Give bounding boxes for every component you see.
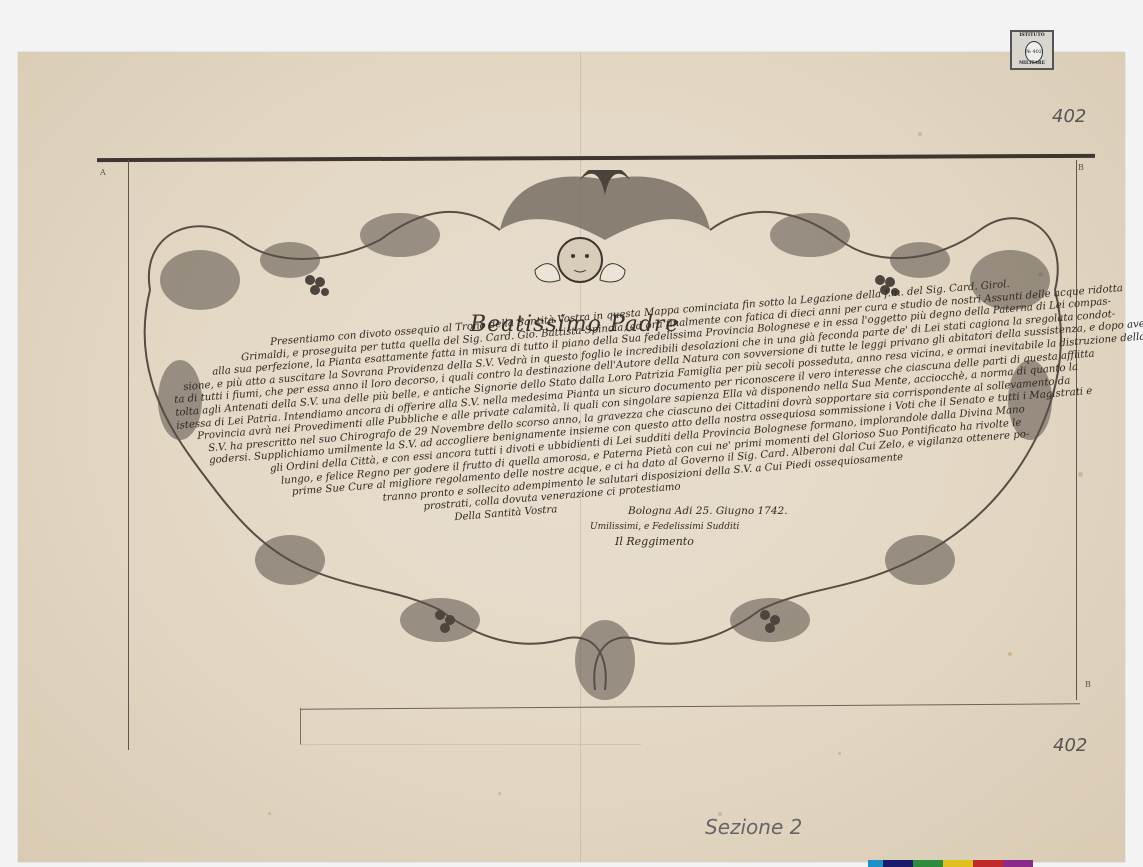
plate-border-left <box>128 160 129 750</box>
signature-line-1: Umilissimi, e Fedelissimi Sudditi <box>590 522 739 532</box>
corner-letter-a: A <box>100 168 106 177</box>
signature-line-2: Il Reggimento <box>615 535 694 548</box>
color-calibration-strip <box>943 860 973 867</box>
color-calibration-strip <box>1003 860 1033 867</box>
color-calibration-strip <box>883 860 913 867</box>
pencil-note: Sezione 2 <box>705 815 802 839</box>
place-date: Bologna Adi 25. Giugno 1742. <box>628 505 788 517</box>
color-calibration-strip <box>913 860 943 867</box>
plate-bottom-frame <box>300 708 641 745</box>
color-calibration-strip <box>973 860 1003 867</box>
corner-letter-b-top: B <box>1078 163 1084 172</box>
color-calibration-strip <box>868 860 883 867</box>
institute-stamp: ISTITUTO № 402 MILITARE <box>1010 30 1054 70</box>
catalog-number-top: 402 <box>1052 106 1086 127</box>
corner-letter-b-bottom: B <box>1085 680 1091 689</box>
catalog-number-bottom: 402 <box>1053 735 1087 756</box>
